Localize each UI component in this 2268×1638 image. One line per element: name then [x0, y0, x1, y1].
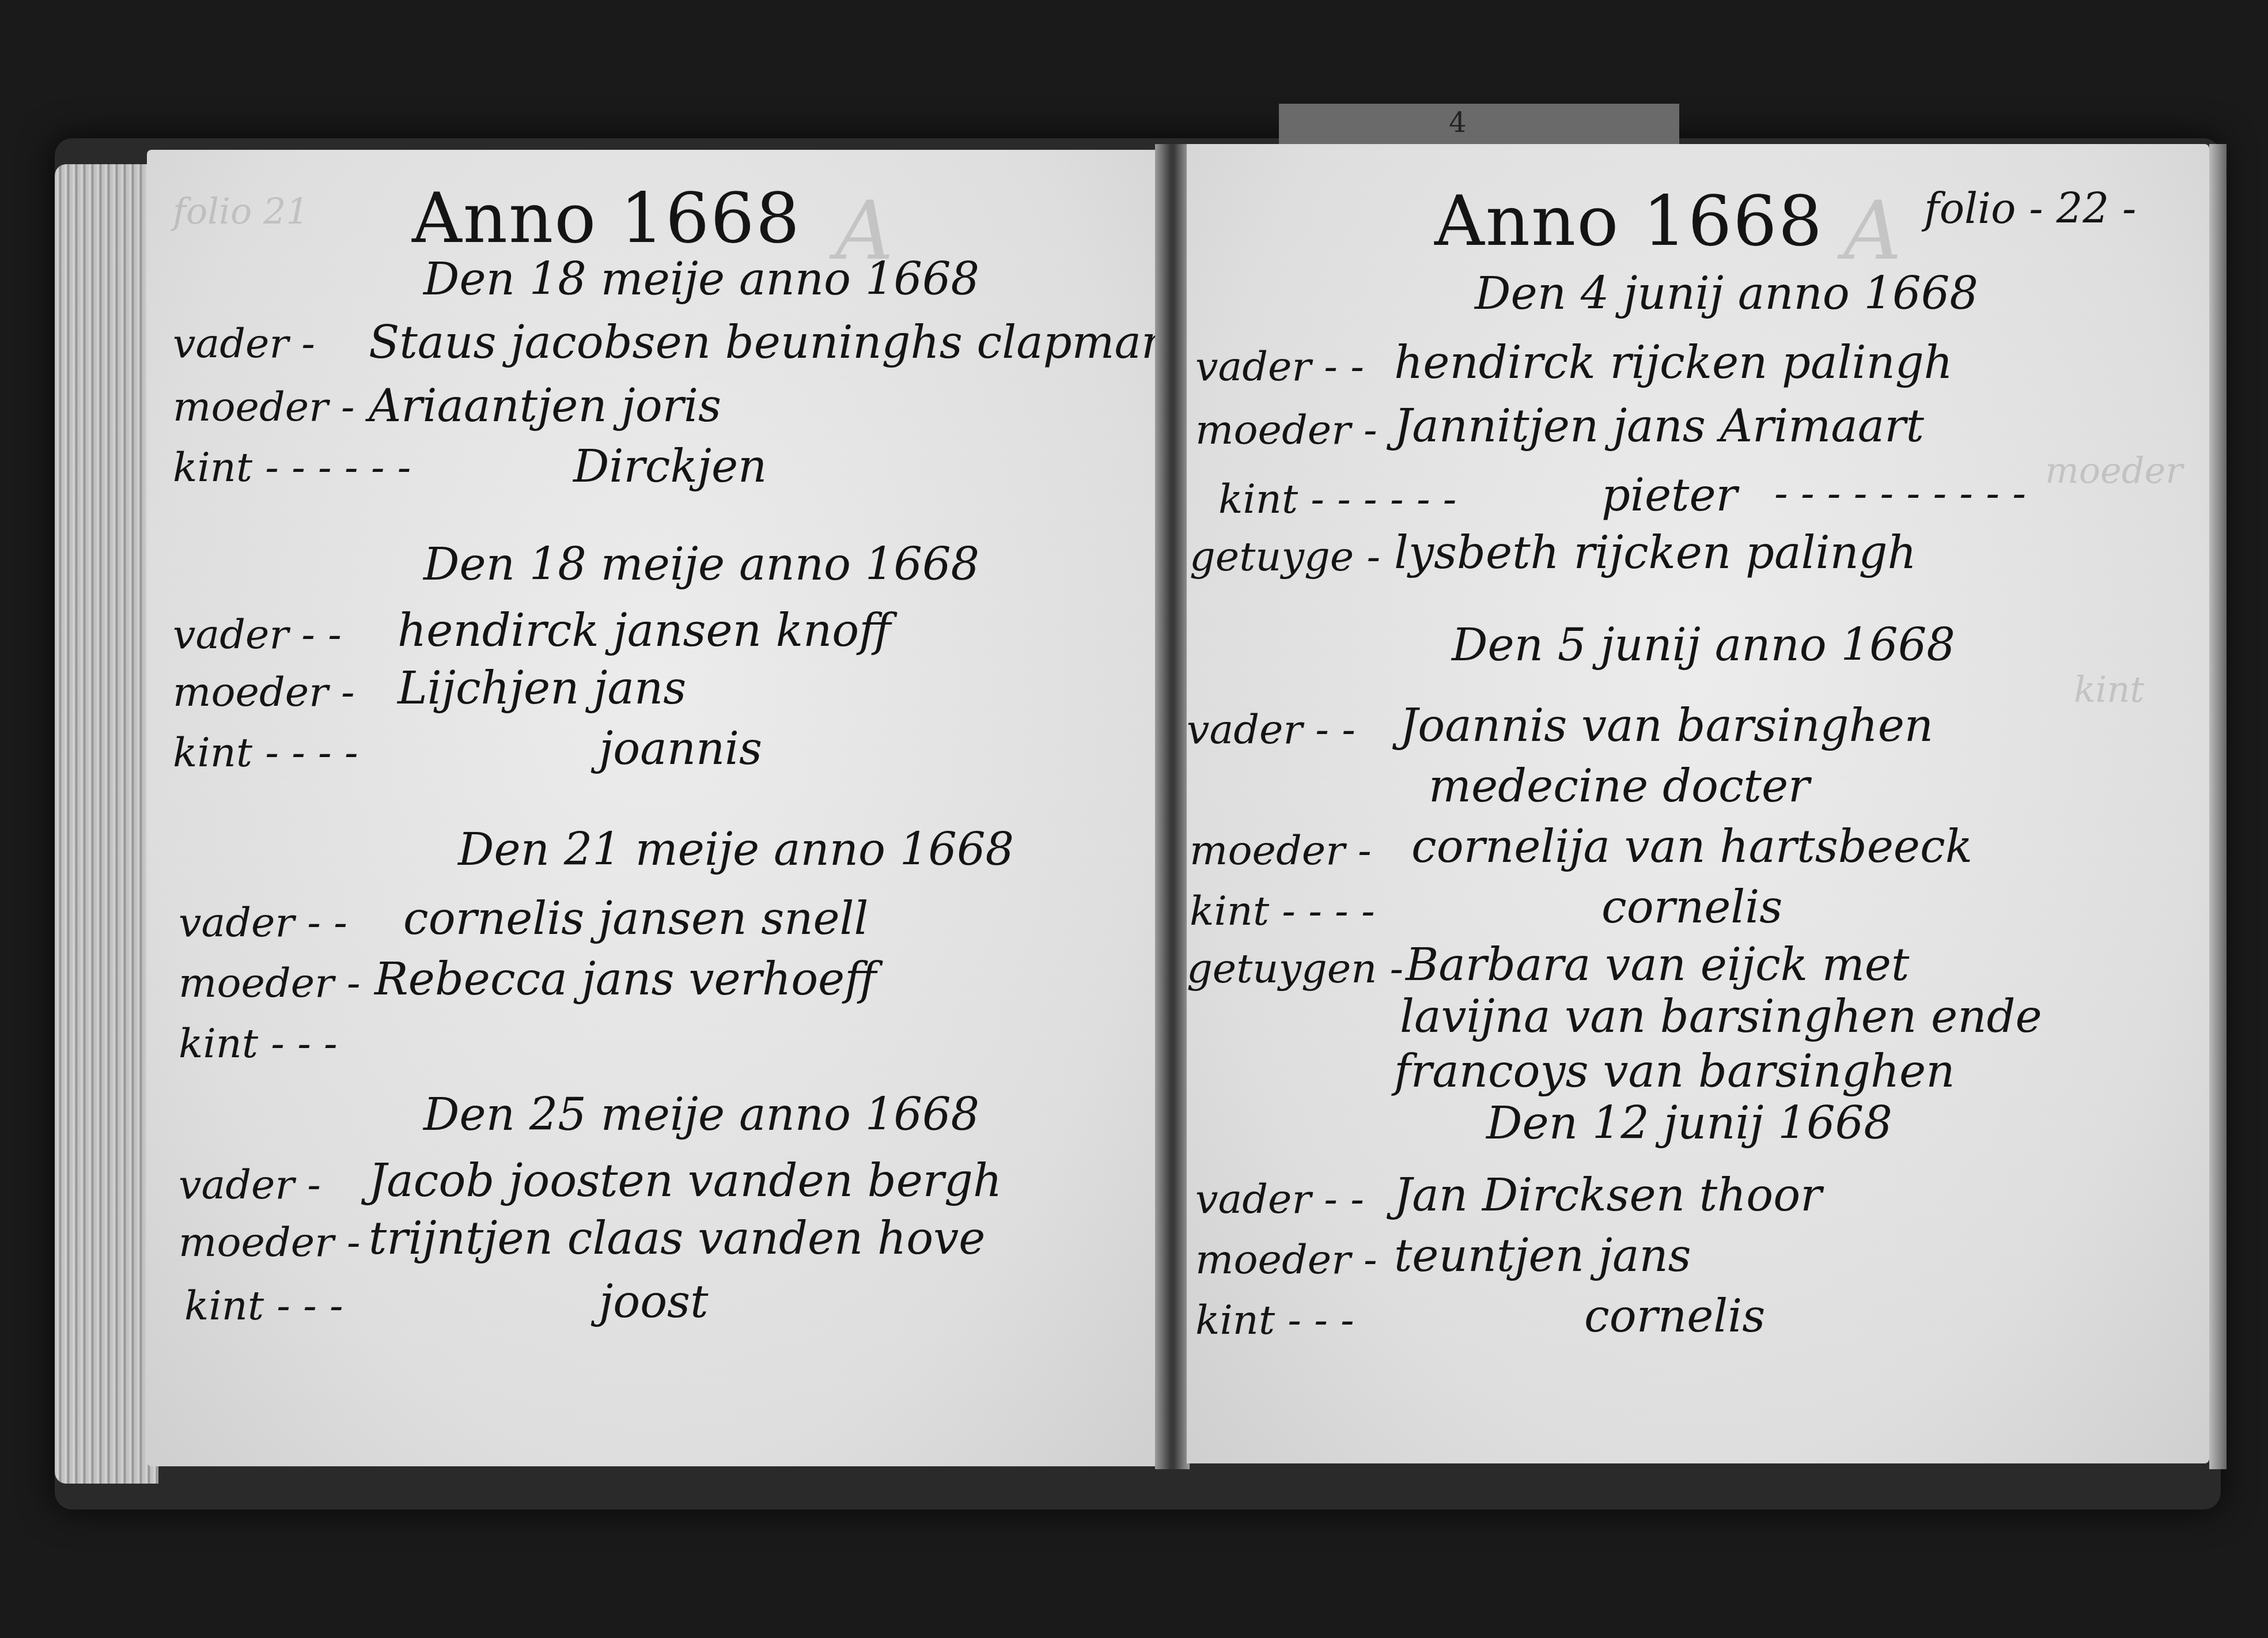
moeder-label: moeder -	[1195, 406, 1377, 453]
kint-name: cornelis	[1584, 1291, 1765, 1342]
entry-date: Den 4 junij anno 1668	[1475, 268, 1978, 320]
moeder-name: Rebecca jans verhoeff	[374, 954, 877, 1005]
moeder-label: moeder -	[179, 1219, 361, 1266]
vader-name: Jan Dircksen thoor	[1394, 1170, 1822, 1221]
entry-date: Den 5 junij anno 1668	[1452, 619, 1955, 671]
entry-date: Den 18 meije anno 1668	[423, 539, 979, 591]
moeder-name: Ariaantjen joris	[369, 380, 721, 432]
vader-label: vader - -	[1187, 706, 1356, 753]
vader-name: Staus jacobsen beuninghs clapman	[369, 317, 1170, 369]
vader-label: vader - -	[179, 899, 347, 946]
moeder-label: moeder -	[1195, 1236, 1377, 1283]
kint-name: joost	[599, 1276, 708, 1328]
index-tab	[1279, 104, 1679, 150]
bleed-through-text: kint	[2074, 668, 2144, 710]
moeder-name: teuntjen jans	[1394, 1230, 1691, 1282]
page-stack-edge	[55, 164, 158, 1484]
tab-number: 4	[1449, 107, 1467, 139]
vader-label: vader - -	[1195, 1175, 1364, 1223]
vader-name: Joannis van barsinghen	[1400, 700, 1933, 752]
vader-label: vader -	[173, 320, 315, 367]
entry-date: Den 25 meije anno 1668	[423, 1089, 979, 1141]
entry-date: Den 18 meije anno 1668	[423, 254, 979, 305]
kint-label: kint - - - -	[1190, 887, 1375, 935]
kint-name: pieter	[1601, 470, 1737, 521]
entry-date: Den 12 junij 1668	[1486, 1098, 1892, 1149]
kint-label: kint - - - -	[173, 729, 358, 776]
kint-label: kint - - -	[184, 1282, 343, 1329]
getuige-name: lysbeth rijcken palingh	[1394, 527, 1917, 579]
kint-name: joannis	[599, 723, 762, 775]
moeder-label: moeder -	[179, 959, 361, 1007]
book-gutter	[1155, 144, 1190, 1469]
entry-date: Den 21 meije anno 1668	[458, 824, 1014, 876]
kint-name: cornelis	[1601, 882, 1782, 933]
moeder-label: moeder -	[1190, 827, 1372, 874]
vader-label: vader - -	[173, 611, 342, 658]
getuige-label: getuygen -	[1187, 945, 1403, 992]
moeder-label: moeder -	[173, 668, 355, 716]
kint-label: kint - - - - - -	[1218, 475, 1456, 523]
right-page-heading: Anno 1668	[1434, 181, 1823, 262]
kint-trail-dashes: - - - - - - - - - -	[1774, 470, 2026, 517]
getuige-line: lavijna van barsinghen ende	[1400, 991, 2042, 1043]
vader-label: vader -	[179, 1161, 321, 1208]
vader-occupation: medecine docter	[1429, 761, 1809, 812]
bleed-through-text: A	[1843, 184, 1902, 278]
moeder-name: Jannitjen jans Arimaart	[1394, 400, 1924, 452]
kint-name: Dirckjen	[573, 441, 767, 493]
moeder-name: cornelija van hartsbeeck	[1411, 821, 1972, 873]
vader-label: vader - -	[1195, 343, 1364, 390]
vader-name: Jacob joosten vanden bergh	[369, 1155, 1002, 1207]
bleed-through-text: moeder	[2045, 449, 2183, 491]
right-page-edge	[2209, 144, 2227, 1469]
vader-name: hendirck rijcken palingh	[1394, 337, 1953, 389]
left-page-heading: Anno 1668	[412, 179, 801, 259]
bleed-through-text: folio 21	[173, 190, 309, 232]
kint-label: kint - - -	[179, 1020, 338, 1067]
folio-number: folio - 22 -	[1924, 184, 2136, 233]
kint-label: kint - - - - - -	[173, 444, 411, 491]
moeder-name: trijntjen claas vanden hove	[369, 1213, 986, 1265]
vader-name: cornelis jansen snell	[403, 893, 869, 945]
getuige-label: getuyge -	[1190, 533, 1380, 580]
getuige-line: francoys van barsinghen	[1394, 1046, 1955, 1098]
vader-name: hendirck jansen knoff	[397, 605, 891, 657]
getuige-line: Barbara van eijck met	[1406, 939, 1909, 991]
moeder-label: moeder -	[173, 383, 355, 430]
kint-label: kint - - -	[1195, 1296, 1354, 1344]
moeder-name: Lijchjen jans	[397, 663, 686, 714]
